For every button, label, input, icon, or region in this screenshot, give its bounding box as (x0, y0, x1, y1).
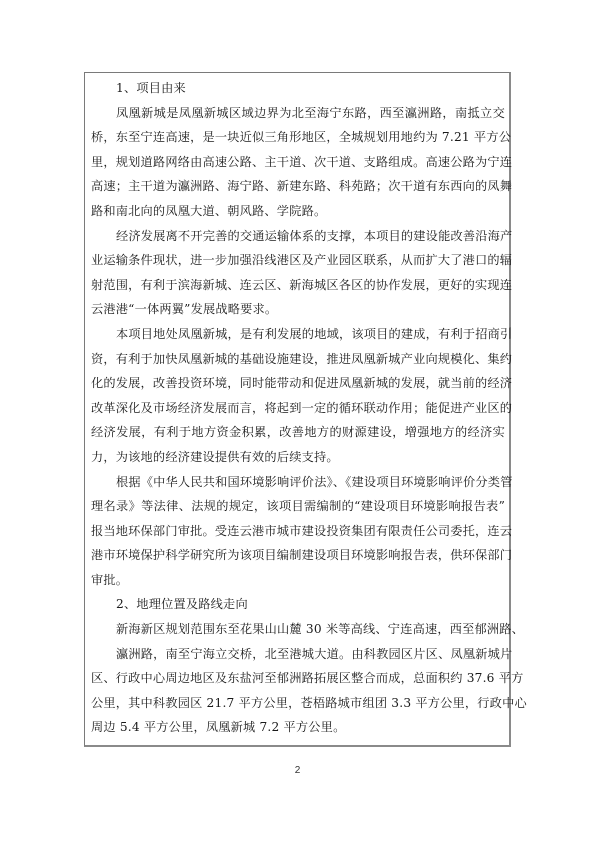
text-line: 里，规划道路网络由高速公路、主干道、次干道、支路组成。高速公路为宁连 (91, 150, 505, 175)
text-line: 理名录》等法律、法规的规定，该项目需编制的“建设项目环境影响报告表” (91, 494, 505, 519)
section-heading-location-route: 2、地理位置及路线走向 (91, 592, 505, 617)
paragraph-legal-basis: 根据《中华人民共和国环境影响评价法》、《建设项目环境影响评价分类管 理名录》等法… (91, 470, 505, 593)
text-line: 区、行政中心周边地区及东盐河至郁洲路拓展区整合而成，总面积约 37.6 平方 (91, 666, 505, 691)
document-body: 1、项目由来 凤凰新城是凤凰新城区域边界为北至海宁东路，西至瀛洲路，南抵立交 桥… (91, 76, 505, 740)
text-line: 高速；主干道为瀛洲路、海宁路、新建东路、科苑路；次干道有东西向的凤舞 (91, 174, 505, 199)
paragraph-project-benefits: 本项目地处凤凰新城，是有利发展的地域，该项目的建成，有利于招商引 资，有利于加快… (91, 322, 505, 470)
text-line: 根据《中华人民共和国环境影响评价法》、《建设项目环境影响评价分类管 (91, 470, 505, 495)
text-line: 经济发展离不开完善的交通运输体系的支撑，本项目的建设能改善沿海产 (91, 224, 505, 249)
text-line: 凤凰新城是凤凰新城区域边界为北至海宁东路，西至瀛洲路，南抵立交 (91, 101, 505, 126)
text-line: 新海新区规划范围东至花果山山麓 30 米等高线、宁连高速，西至郁洲路、 (91, 617, 505, 642)
text-line: 资，有利于加快凤凰新城的基础设施建设，推进凤凰新城产业向规模化、集约 (91, 347, 505, 372)
text-line: 审批。 (91, 568, 505, 593)
text-line: 港市环境保护科学研究所为该项目编制建设项目环境影响报告表，供环保部门 (91, 543, 505, 568)
text-line: 射范围，有利于滨海新城、连云区、新海城区各区的协作发展，更好的实现连 (91, 273, 505, 298)
text-line: 本项目地处凤凰新城，是有利发展的地域，该项目的建成，有利于招商引 (91, 322, 505, 347)
text-line: 改革深化及市场经济发展而言，将起到一定的循环联动作用；能促进产业区的 (91, 396, 505, 421)
text-line: 云港港“一体两翼”发展战略要求。 (91, 297, 505, 322)
text-line: 公里，其中科教园区 21.7 平方公里，苍梧路城市组团 3.3 平方公里，行政中… (91, 691, 505, 716)
paragraph-fenghuang-overview: 凤凰新城是凤凰新城区域边界为北至海宁东路，西至瀛洲路，南抵立交 桥，东至宁连高速… (91, 101, 505, 224)
document-page: 1、项目由来 凤凰新城是凤凰新城区域边界为北至海宁东路，西至瀛洲路，南抵立交 桥… (0, 0, 595, 841)
section-heading-project-origin: 1、项目由来 (91, 76, 505, 101)
paragraph-economic-development: 经济发展离不开完善的交通运输体系的支撑，本项目的建设能改善沿海产 业运输条件现状… (91, 224, 505, 322)
text-line: 周边 5.4 平方公里，凤凰新城 7.2 平方公里。 (91, 715, 505, 740)
page-number: 2 (0, 765, 595, 776)
text-line: 经济发展，有利于地方资金积累，改善地方的财源建设，增强地方的经济实 (91, 420, 505, 445)
text-line: 桥，东至宁连高速，是一块近似三角形地区，全城规划用地约为 7.21 平方公 (91, 125, 505, 150)
text-line: 报当地环保部门审批。受连云港市城市建设投资集团有限责任公司委托，连云 (91, 519, 505, 544)
text-line: 化的发展，改善投资环境，同时能带动和促进凤凰新城的发展，就当前的经济 (91, 371, 505, 396)
text-line: 路和南北向的凤凰大道、朝风路、学院路。 (91, 199, 505, 224)
text-line: 瀛洲路，南至宁海立交桥，北至港城大道。由科教园区片区、凤凰新城片 (91, 642, 505, 667)
paragraph-xinhai-planning-area: 新海新区规划范围东至花果山山麓 30 米等高线、宁连高速，西至郁洲路、 瀛洲路，… (91, 617, 505, 740)
text-line: 力，为该地的经济建设提供有效的后续支持。 (91, 445, 505, 470)
text-line: 业运输条件现状，进一步加强沿线港区及产业园区联系，从而扩大了港口的辐 (91, 248, 505, 273)
